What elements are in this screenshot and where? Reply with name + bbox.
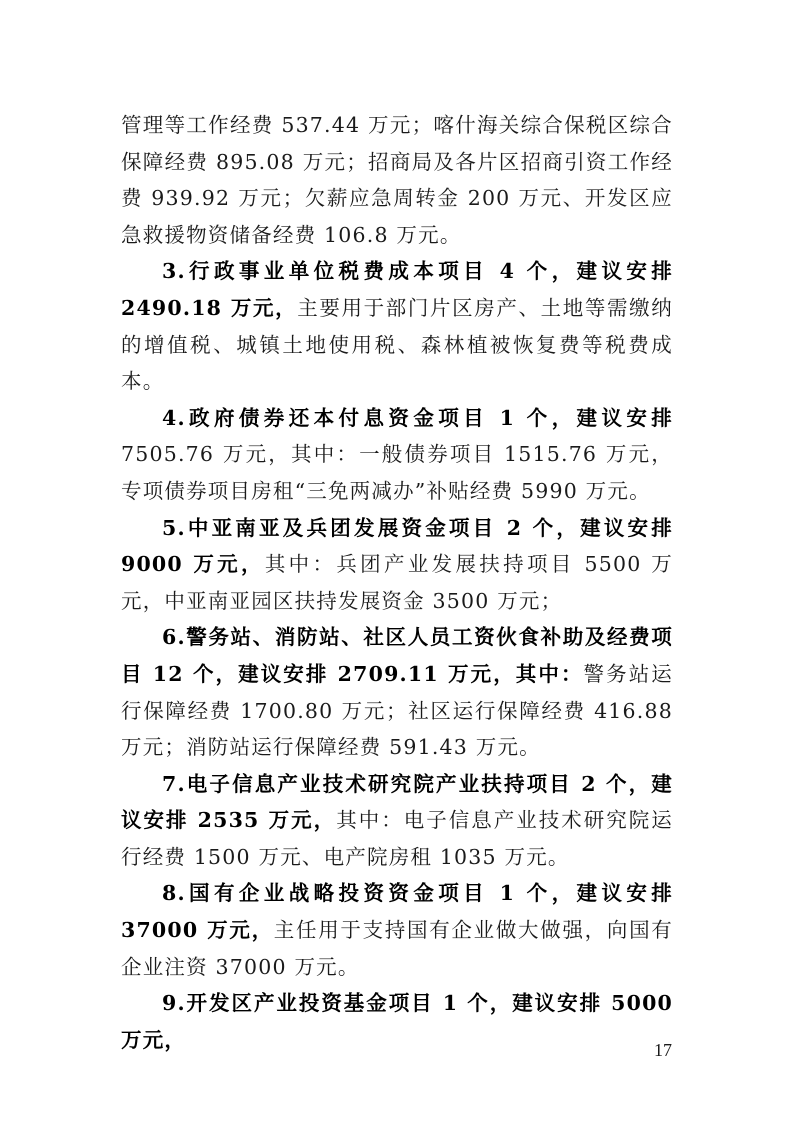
paragraph-item-3: 3.行政事业单位税费成本项目 4 个，建议安排 2490.18 万元，主要用于部… [121, 253, 673, 399]
paragraph-item-4: 4.政府债券还本付息资金项目 1 个，建议安排 7505.76 万元，其中：一般… [121, 400, 673, 510]
paragraph-item-9: 9.开发区产业投资基金项目 1 个，建议安排 5000 万元， [121, 985, 673, 1058]
paragraph-item-7: 7.电子信息产业技术研究院产业扶持项目 2 个，建议安排 2535 万元，其中：… [121, 766, 673, 876]
page-number: 17 [654, 1040, 672, 1061]
paragraph-text: 管理等工作经费 537.44 万元；喀什海关综合保税区综合保障经费 895.08… [121, 113, 673, 247]
item-body: 7505.76 万元，其中：一般债券项目 1515.76 万元，专项债券项目房租… [121, 442, 673, 503]
item-heading: 4.政府债券还本付息资金项目 1 个，建议安排 [162, 406, 673, 430]
document-body: 管理等工作经费 537.44 万元；喀什海关综合保税区综合保障经费 895.08… [121, 107, 673, 1058]
paragraph-item-6: 6.警务站、消防站、社区人员工资伙食补助及经费项目 12 个，建议安排 2709… [121, 619, 673, 765]
paragraph-item-8: 8.国有企业战略投资资金项目 1 个，建议安排 37000 万元，主任用于支持国… [121, 875, 673, 985]
paragraph-item-5: 5.中亚南亚及兵团发展资金项目 2 个，建议安排 9000 万元，其中：兵团产业… [121, 510, 673, 620]
paragraph-continued: 管理等工作经费 537.44 万元；喀什海关综合保税区综合保障经费 895.08… [121, 107, 673, 253]
item-heading: 9.开发区产业投资基金项目 1 个，建议安排 5000 万元， [121, 991, 673, 1052]
